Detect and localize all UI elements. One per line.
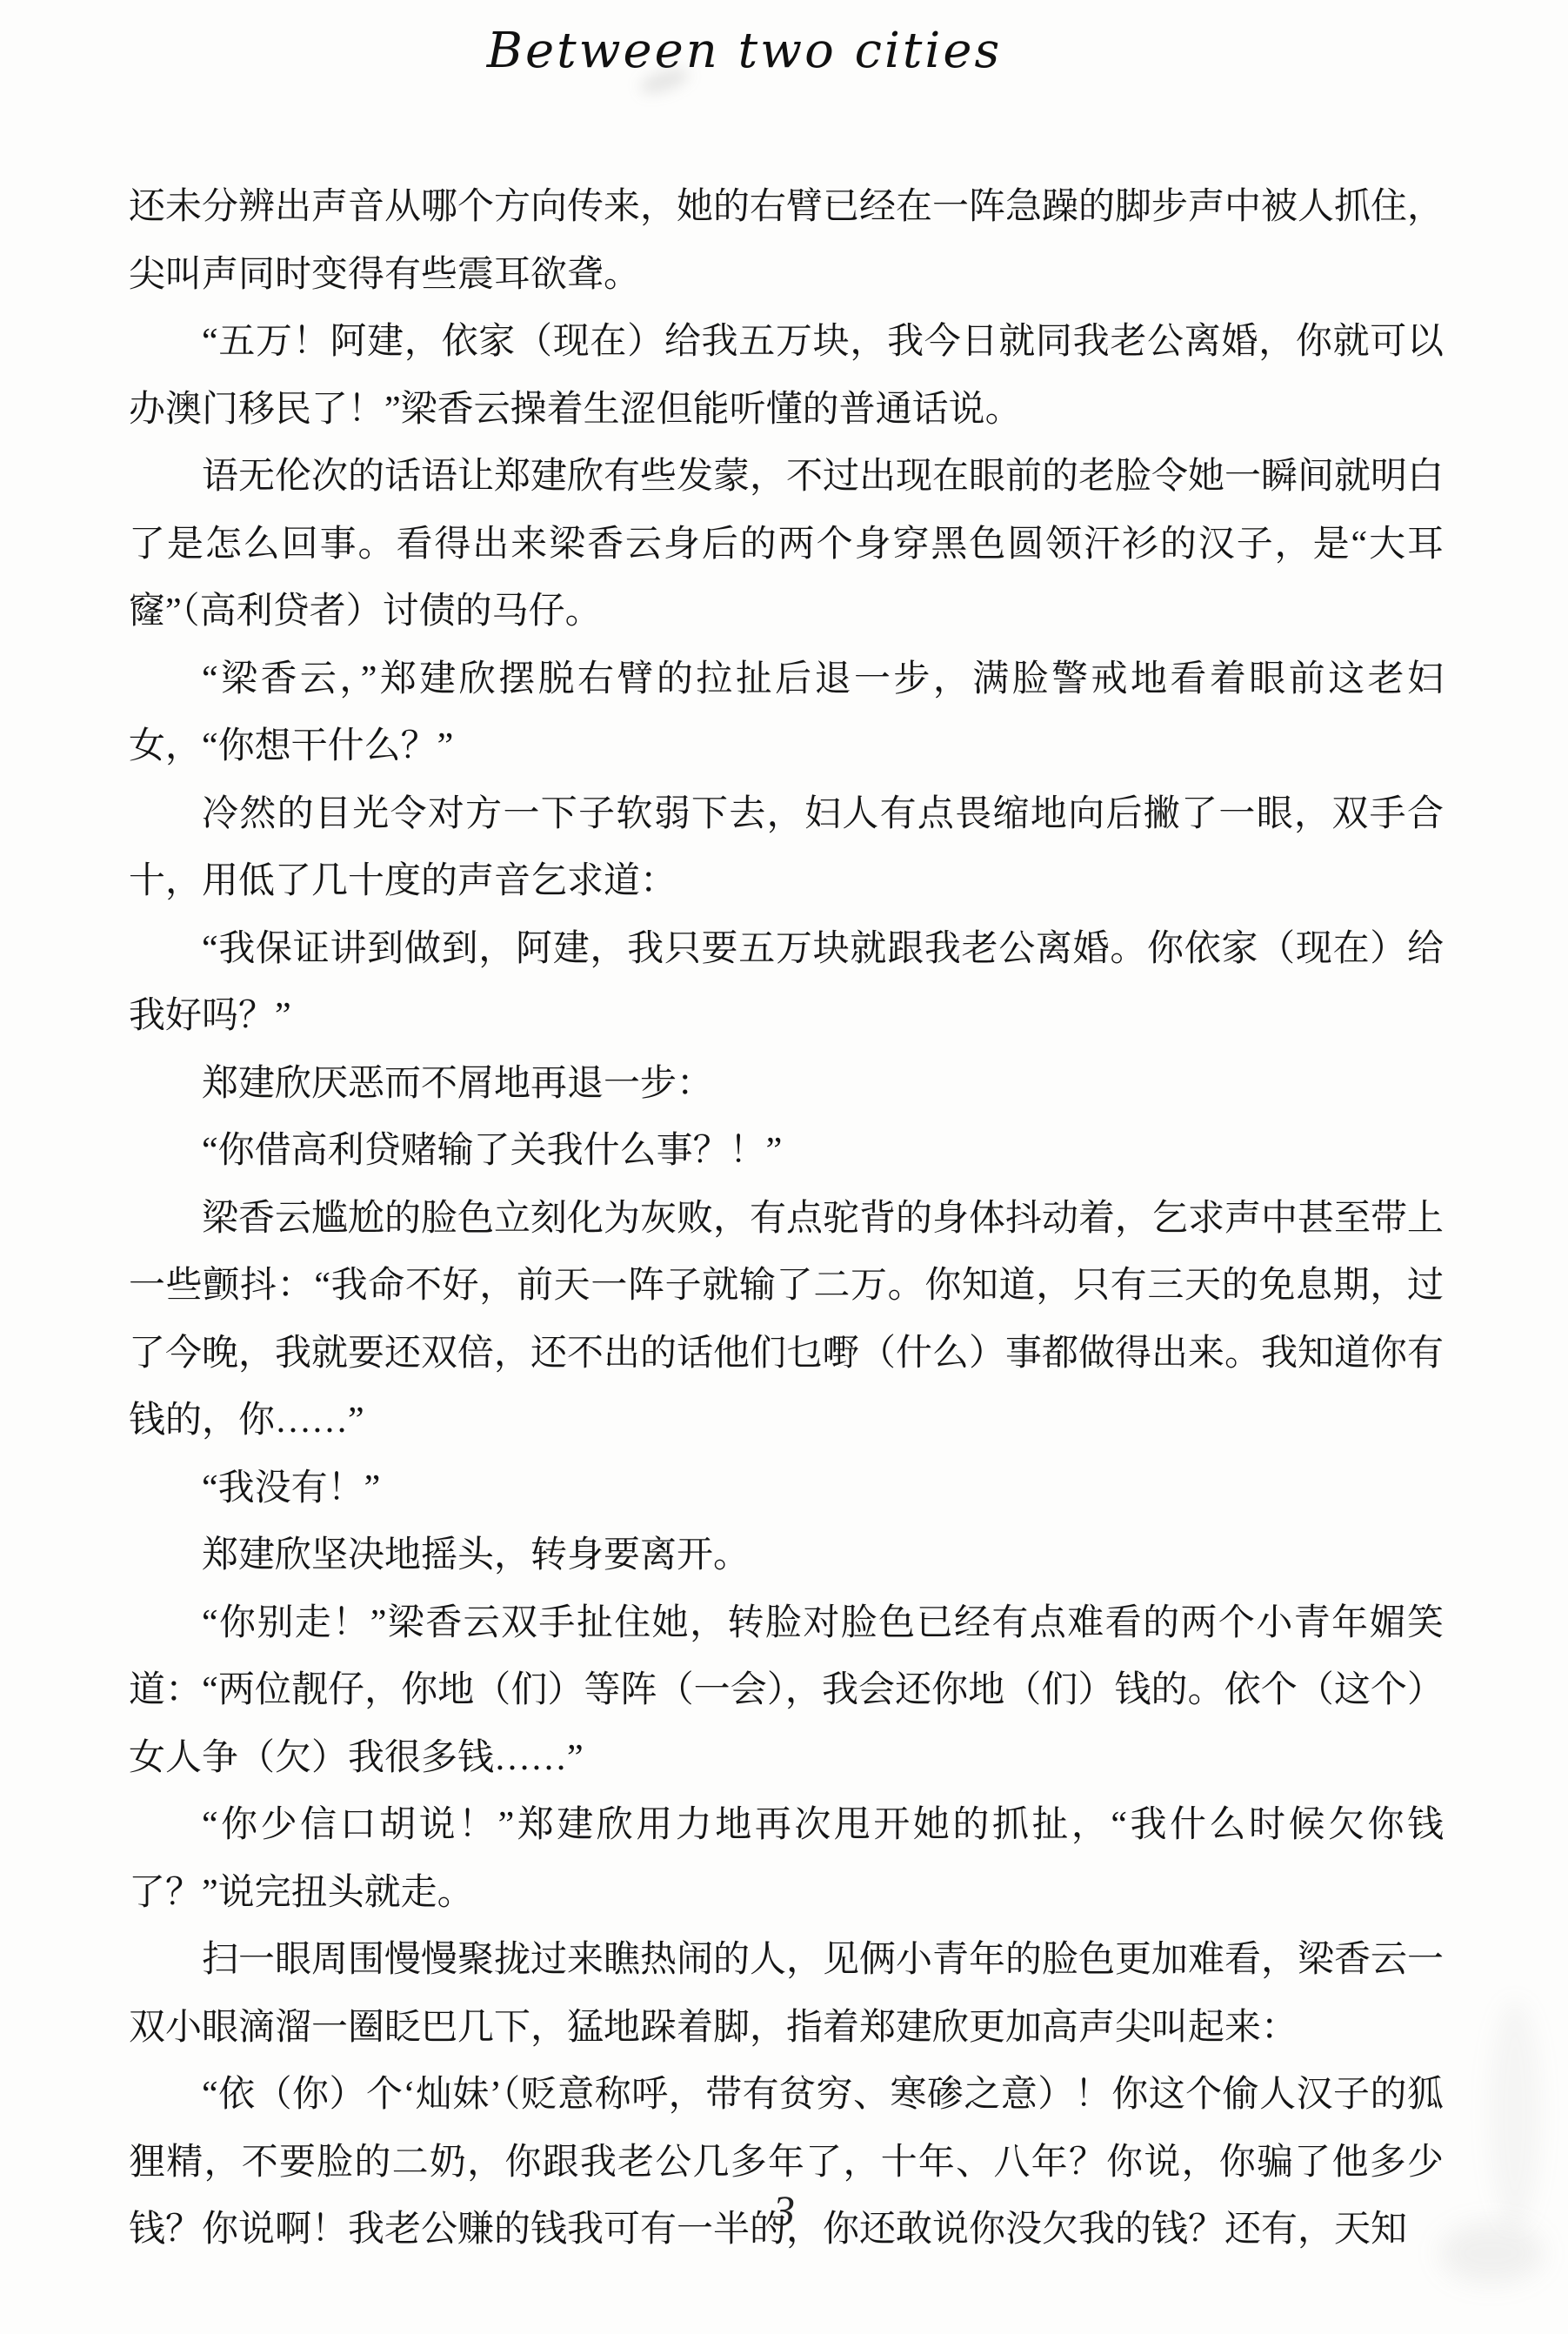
body-text: 还未分辨出声音从哪个方向传来，她的右臂已经在一阵急躁的脚步声中被人抓住，尖叫声同… (129, 174, 1444, 2264)
paragraph: “你借高利贷赌输了关我什么事？！” (129, 1118, 1444, 1186)
paragraph: “五万！阿建，依家（现在）给我五万块，我今日就同我老公离婚，你就可以办澳门移民了… (129, 309, 1444, 444)
paragraph: 郑建欣厌恶而不屑地再退一步： (129, 1051, 1444, 1119)
paragraph: 梁香云尴尬的脸色立刻化为灰败，有点驼背的身体抖动着，乞求声中甚至带上一些颤抖：“… (129, 1186, 1444, 1455)
paragraph: 郑建欣坚决地摇头，转身要离开。 (129, 1522, 1444, 1590)
paragraph: 语无伦次的话语让郑建欣有些发蒙，不过出现在眼前的老脸令她一瞬间就明白了是怎么回事… (129, 444, 1444, 646)
page-number: 3 (0, 2185, 1568, 2236)
paragraph: 冷然的目光令对方一下子软弱下去，妇人有点畏缩地向后撇了一眼，双手合十，用低了几十… (129, 781, 1444, 916)
paragraph: “梁香云，”郑建欣摆脱右臂的拉扯后退一步，满脸警戒地看着眼前这老妇女，“你想干什… (129, 646, 1444, 781)
paragraph: “我没有！” (129, 1455, 1444, 1523)
paragraph: 扫一眼周围慢慢聚拢过来瞧热闹的人，见俩小青年的脸色更加难看，梁香云一双小眼滴溜一… (129, 1927, 1444, 2062)
book-page: Between two cities 还未分辨出声音从哪个方向传来，她的右臂已经… (0, 0, 1568, 2334)
page-header-title: Between two cities (0, 23, 1489, 79)
paragraph: “我保证讲到做到，阿建，我只要五万块就跟我老公离婚。你依家（现在）给我好吗？” (129, 916, 1444, 1051)
paragraph: 还未分辨出声音从哪个方向传来，她的右臂已经在一阵急躁的脚步声中被人抓住，尖叫声同… (129, 174, 1444, 309)
paragraph: “你别走！”梁香云双手扯住她，转脸对脸色已经有点难看的两个小青年媚笑道：“两位靓… (129, 1590, 1444, 1793)
paragraph: “你少信口胡说！”郑建欣用力地再次甩开她的抓扯，“我什么时候欠你钱了？”说完扭头… (129, 1792, 1444, 1927)
